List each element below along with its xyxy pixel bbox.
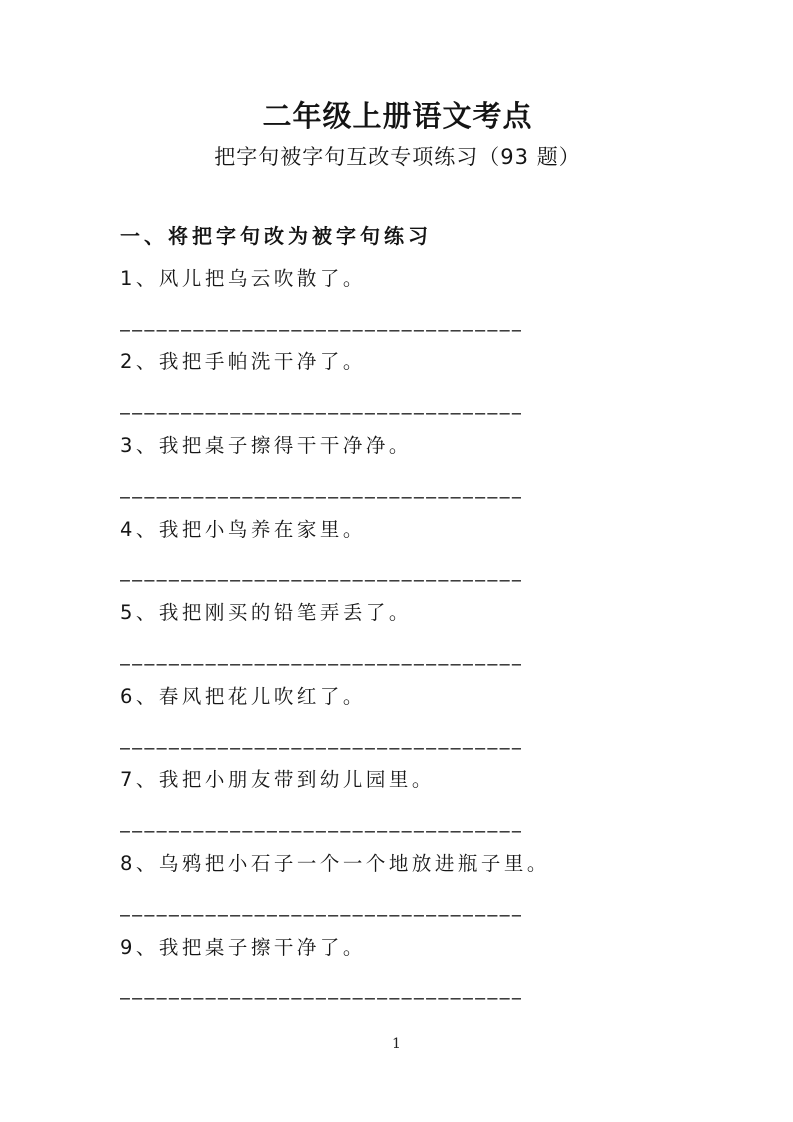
title-section-spacer <box>120 178 675 216</box>
exercise-sentence-3: 3、我把桌子擦得干干净净。 <box>120 425 675 467</box>
answer-blank-line-7: ________________________________________… <box>120 801 521 843</box>
page-number: 1 <box>0 1036 793 1052</box>
exercise-sentence-8: 8、乌鸦把小石子一个一个地放进瓶子里。 <box>120 843 675 885</box>
document-subtitle: 把字句被字句互改专项练习（93 题） <box>120 136 675 178</box>
document-title: 二年级上册语文考点 <box>120 96 675 136</box>
answer-blank-line-6: ________________________________________… <box>120 718 521 760</box>
answer-blank-line-5: ________________________________________… <box>120 634 521 676</box>
answer-blank-line-2: ________________________________________… <box>120 383 521 425</box>
exercise-sentence-6: 6、春风把花儿吹红了。 <box>120 676 675 718</box>
answer-blank-line-9: ________________________________________… <box>120 968 521 1010</box>
answer-blank-line-3: ________________________________________… <box>120 467 521 509</box>
worksheet-page: 二年级上册语文考点 把字句被字句互改专项练习（93 题） 一、将把字句改为被字句… <box>0 0 793 1122</box>
section-heading: 一、将把字句改为被字句练习 <box>120 216 675 258</box>
exercise-sentence-9: 9、我把桌子擦干净了。 <box>120 927 675 969</box>
exercise-sentence-1: 1、风儿把乌云吹散了。 <box>120 258 675 300</box>
answer-blank-line-8: ________________________________________… <box>120 885 521 927</box>
answer-blank-line-4: ________________________________________… <box>120 550 521 592</box>
exercise-sentence-2: 2、我把手帕洗干净了。 <box>120 341 675 383</box>
exercise-sentence-4: 4、我把小鸟养在家里。 <box>120 509 675 551</box>
exercise-sentence-7: 7、我把小朋友带到幼儿园里。 <box>120 759 675 801</box>
exercise-sentence-5: 5、我把刚买的铅笔弄丢了。 <box>120 592 675 634</box>
answer-blank-line-1: ________________________________________… <box>120 300 521 342</box>
